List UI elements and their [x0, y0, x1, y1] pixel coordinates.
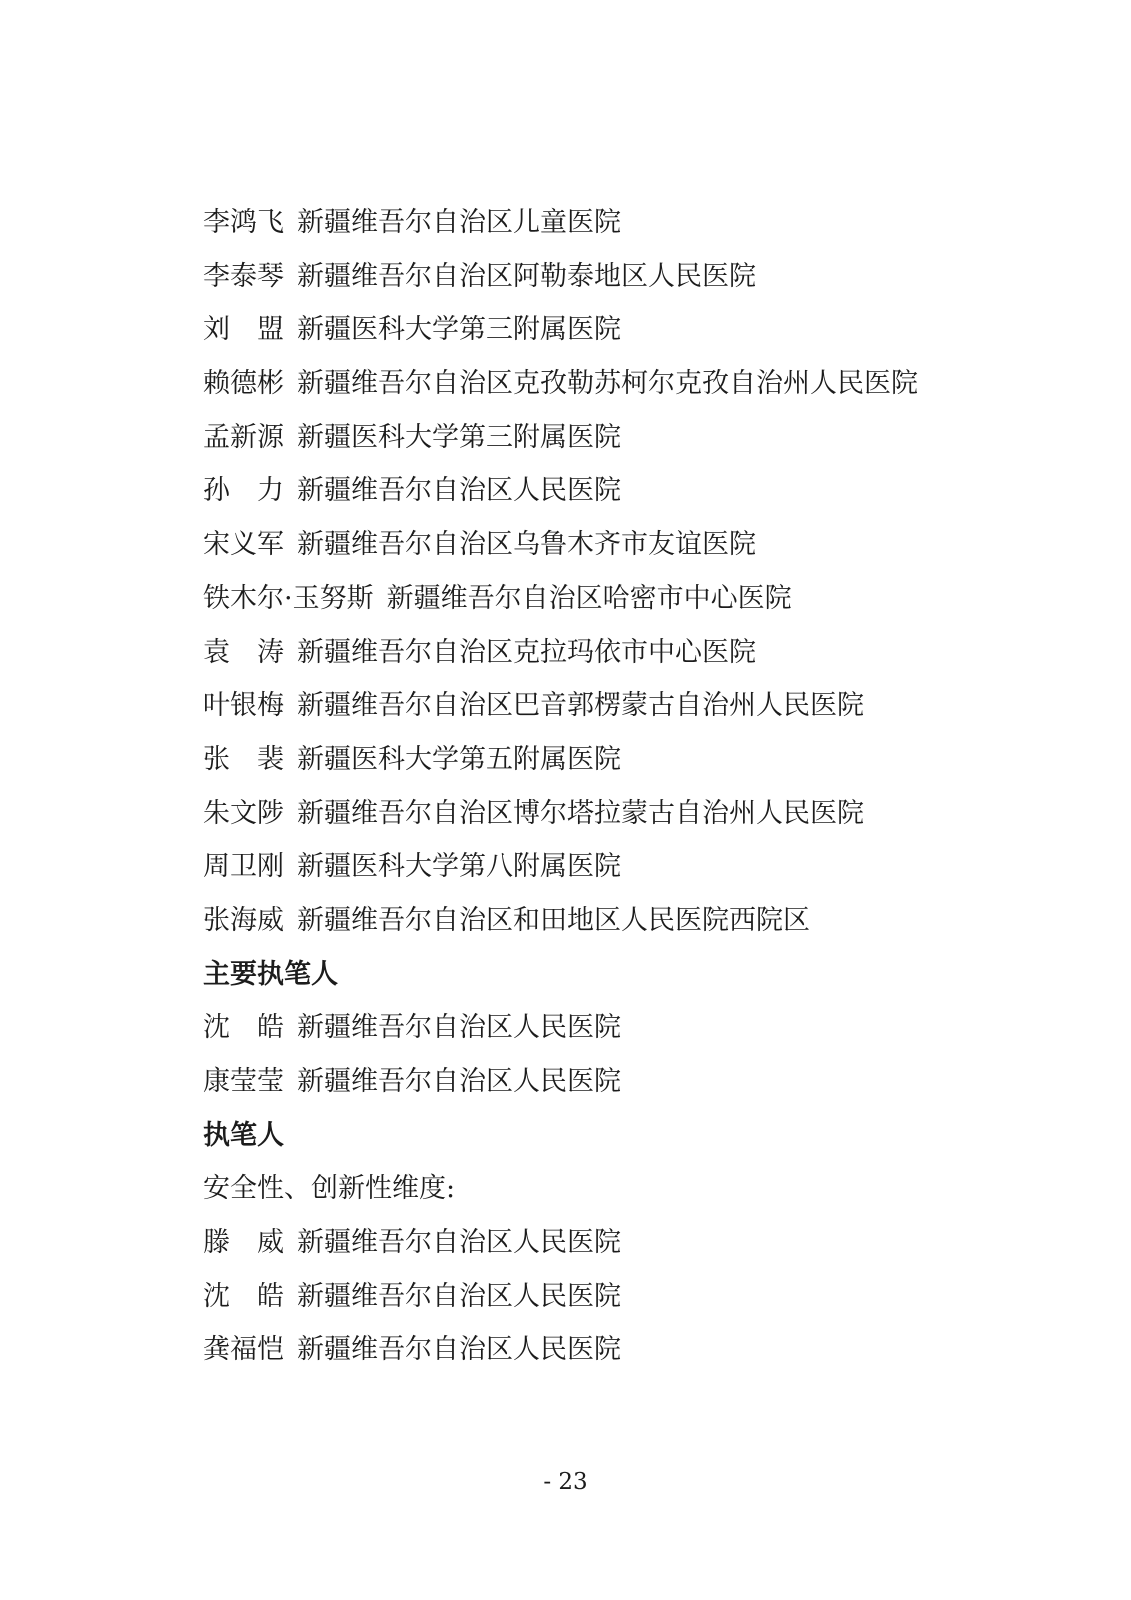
roster-row: 张 裴新疆医科大学第五附属医院 — [203, 733, 1071, 787]
organization-name: 新疆维吾尔自治区人民医院 — [297, 1216, 621, 1270]
page-number: - 23 — [543, 1469, 587, 1495]
organization-name: 新疆维吾尔自治区人民医院 — [297, 1270, 621, 1324]
dimension-label: 安全性、创新性维度: — [203, 1162, 1071, 1216]
person-name: 张 裴 — [203, 733, 284, 787]
roster-row: 叶银梅新疆维吾尔自治区巴音郭楞蒙古自治州人民医院 — [203, 679, 1071, 733]
roster-row: 宋义军新疆维吾尔自治区乌鲁木齐市友谊医院 — [203, 518, 1071, 572]
organization-name: 新疆维吾尔自治区和田地区人民医院西院区 — [297, 894, 810, 948]
section-heading-text: 执笔人 — [203, 1109, 284, 1163]
roster-row: 刘 盟新疆医科大学第三附属医院 — [203, 303, 1071, 357]
roster-row: 沈 皓新疆维吾尔自治区人民医院 — [203, 1001, 1071, 1055]
person-name: 叶银梅 — [203, 679, 284, 733]
person-name: 康莹莹 — [203, 1055, 284, 1109]
organization-name: 新疆维吾尔自治区人民医院 — [297, 464, 621, 518]
roster-row: 李泰琴新疆维吾尔自治区阿勒泰地区人民医院 — [203, 250, 1071, 304]
person-name: 龚福恺 — [203, 1323, 284, 1377]
roster-row: 龚福恺新疆维吾尔自治区人民医院 — [203, 1323, 1071, 1377]
person-name: 宋义军 — [203, 518, 284, 572]
roster-row: 孙 力新疆维吾尔自治区人民医院 — [203, 464, 1071, 518]
organization-name: 新疆维吾尔自治区克拉玛依市中心医院 — [297, 626, 756, 680]
person-name: 赖德彬 — [203, 357, 284, 411]
roster-row: 康莹莹新疆维吾尔自治区人民医院 — [203, 1055, 1071, 1109]
person-name: 刘 盟 — [203, 303, 284, 357]
organization-name: 新疆医科大学第五附属医院 — [297, 733, 621, 787]
person-name: 孟新源 — [203, 411, 284, 465]
person-name: 李泰琴 — [203, 250, 284, 304]
organization-name: 新疆医科大学第三附属医院 — [297, 303, 621, 357]
organization-name: 新疆维吾尔自治区阿勒泰地区人民医院 — [297, 250, 756, 304]
person-name: 孙 力 — [203, 464, 284, 518]
roster-row: 孟新源新疆医科大学第三附属医院 — [203, 411, 1071, 465]
organization-name: 新疆维吾尔自治区克孜勒苏柯尔克孜自治州人民医院 — [297, 357, 918, 411]
organization-name: 新疆医科大学第八附属医院 — [297, 840, 621, 894]
section-heading-text: 主要执笔人 — [203, 948, 338, 1002]
roster-row: 李鸿飞新疆维吾尔自治区儿童医院 — [203, 196, 1071, 250]
organization-name: 新疆维吾尔自治区博尔塔拉蒙古自治州人民医院 — [297, 787, 864, 841]
organization-name: 新疆医科大学第三附属医院 — [297, 411, 621, 465]
person-name: 沈 皓 — [203, 1270, 284, 1324]
person-name: 滕 威 — [203, 1216, 284, 1270]
organization-name: 新疆维吾尔自治区人民医院 — [297, 1055, 621, 1109]
organization-name: 新疆维吾尔自治区人民医院 — [297, 1323, 621, 1377]
roster-list: 李鸿飞新疆维吾尔自治区儿童医院李泰琴新疆维吾尔自治区阿勒泰地区人民医院刘 盟新疆… — [203, 196, 1071, 1377]
roster-row: 袁 涛新疆维吾尔自治区克拉玛依市中心医院 — [203, 626, 1071, 680]
roster-row: 滕 威新疆维吾尔自治区人民医院 — [203, 1216, 1071, 1270]
document-page: 李鸿飞新疆维吾尔自治区儿童医院李泰琴新疆维吾尔自治区阿勒泰地区人民医院刘 盟新疆… — [0, 0, 1131, 1600]
roster-row: 张海威新疆维吾尔自治区和田地区人民医院西院区 — [203, 894, 1071, 948]
roster-row: 赖德彬新疆维吾尔自治区克孜勒苏柯尔克孜自治州人民医院 — [203, 357, 1071, 411]
roster-row: 沈 皓新疆维吾尔自治区人民医院 — [203, 1270, 1071, 1324]
organization-name: 新疆维吾尔自治区哈密市中心医院 — [387, 572, 792, 626]
person-name: 李鸿飞 — [203, 196, 284, 250]
roster-row: 铁木尔·玉努斯新疆维吾尔自治区哈密市中心医院 — [203, 572, 1071, 626]
person-name: 张海威 — [203, 894, 284, 948]
organization-name: 新疆维吾尔自治区乌鲁木齐市友谊医院 — [297, 518, 756, 572]
organization-name: 新疆维吾尔自治区人民医院 — [297, 1001, 621, 1055]
person-name: 铁木尔·玉努斯 — [203, 572, 374, 626]
person-name: 沈 皓 — [203, 1001, 284, 1055]
page-footer: - 23 — [0, 1467, 1131, 1497]
roster-row: 周卫刚新疆医科大学第八附属医院 — [203, 840, 1071, 894]
organization-name: 新疆维吾尔自治区儿童医院 — [297, 196, 621, 250]
organization-name: 新疆维吾尔自治区巴音郭楞蒙古自治州人民医院 — [297, 679, 864, 733]
person-name: 周卫刚 — [203, 840, 284, 894]
section-heading: 执笔人 — [203, 1109, 1071, 1163]
section-heading: 主要执笔人 — [203, 948, 1071, 1002]
roster-row: 朱文陟新疆维吾尔自治区博尔塔拉蒙古自治州人民医院 — [203, 787, 1071, 841]
dimension-label-text: 安全性、创新性维度: — [203, 1162, 455, 1216]
person-name: 袁 涛 — [203, 626, 284, 680]
person-name: 朱文陟 — [203, 787, 284, 841]
